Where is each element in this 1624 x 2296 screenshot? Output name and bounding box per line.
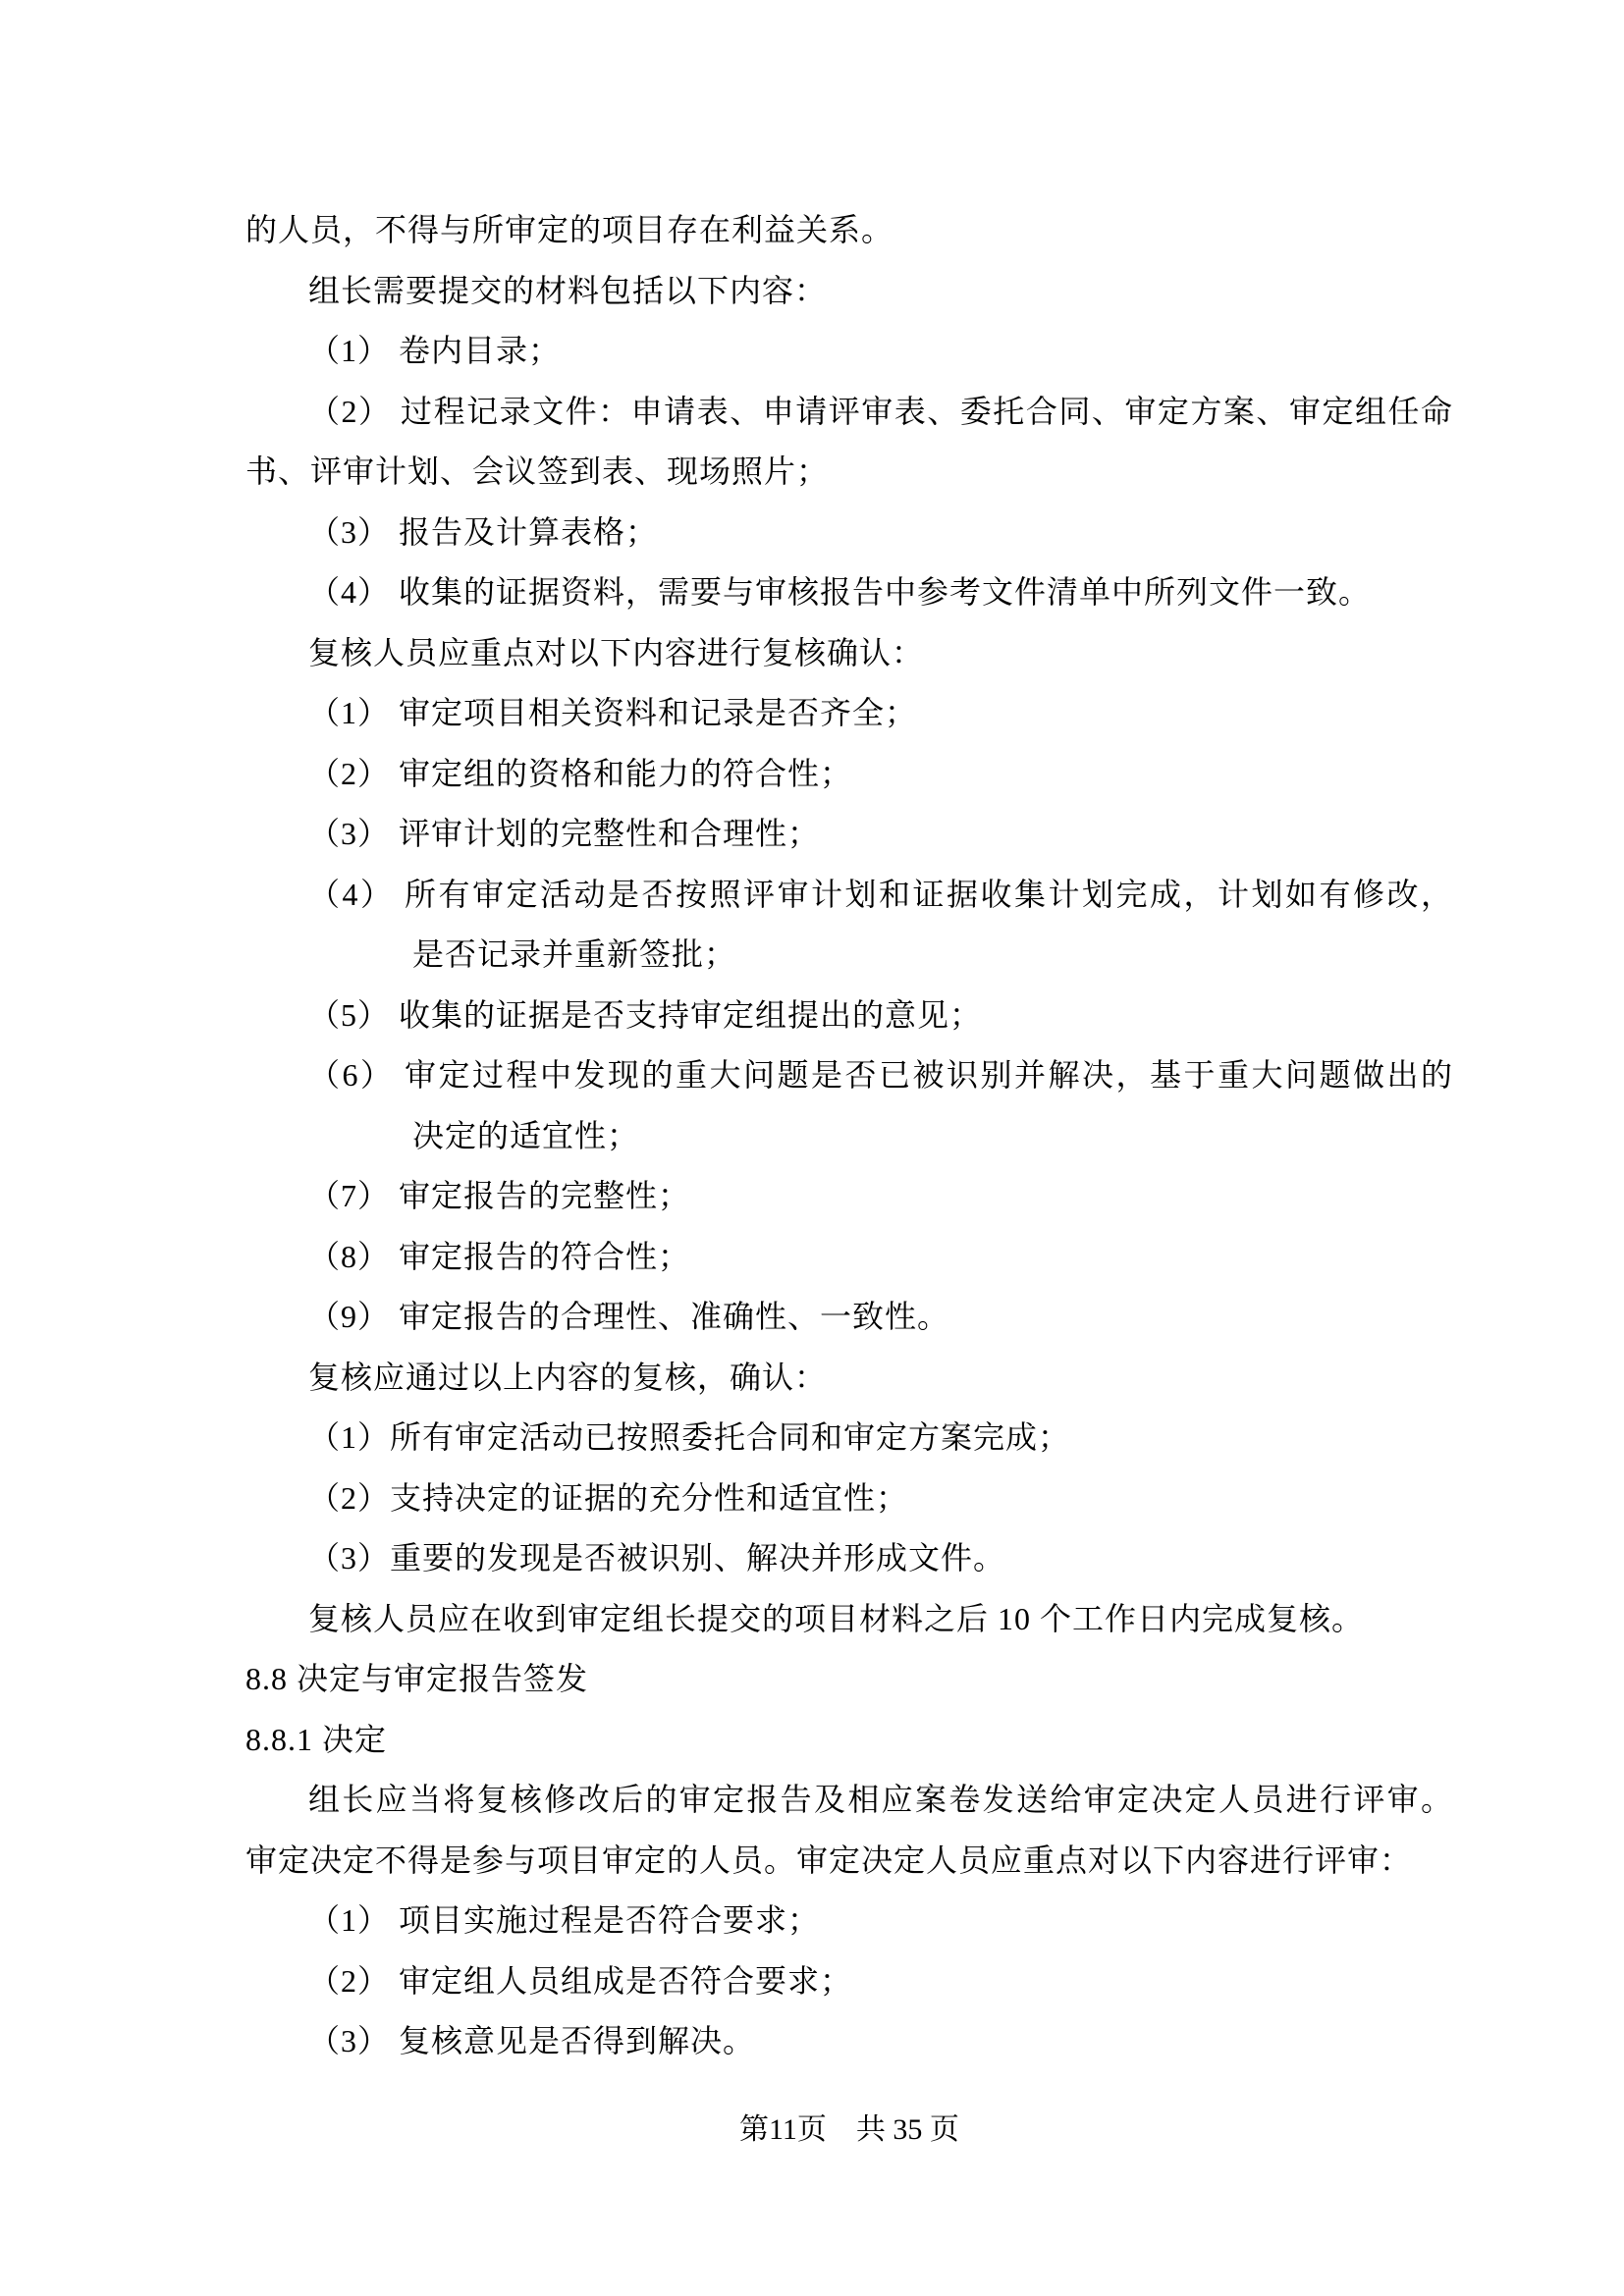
list-item-continuation-line: 是否记录并重新签批；	[245, 925, 1453, 986]
list-item: （2） 审定组人员组成是否符合要求；	[245, 1951, 1453, 2012]
list-item: （2）支持决定的证据的充分性和适宜性；	[245, 1468, 1453, 1529]
section-heading-8-8: 8.8 决定与审定报告签发	[245, 1649, 1453, 1710]
paragraph-continuation-line: 的人员，不得与所审定的项目存在利益关系。	[245, 200, 1453, 261]
section-heading-8-8-1: 8.8.1 决定	[245, 1710, 1453, 1771]
paragraph-line: 复核应通过以上内容的复核，确认：	[245, 1348, 1453, 1409]
list-item: （3）重要的发现是否被识别、解决并形成文件。	[245, 1528, 1453, 1589]
list-item: （4） 收集的证据资料，需要与审核报告中参考文件清单中所列文件一致。	[245, 562, 1453, 623]
page-footer: 第11页 共 35 页	[245, 2107, 1453, 2154]
list-item: （2） 过程记录文件：申请表、申请评审表、委托合同、审定方案、审定组任命	[245, 382, 1453, 443]
list-item: （6） 审定过程中发现的重大问题是否已被识别并解决，基于重大问题做出的	[245, 1045, 1453, 1106]
list-item: （1） 审定项目相关资料和记录是否齐全；	[245, 683, 1453, 744]
document-page: 的人员，不得与所审定的项目存在利益关系。 组长需要提交的材料包括以下内容： （1…	[0, 0, 1624, 2296]
paragraph-line: 复核人员应重点对以下内容进行复核确认：	[245, 623, 1453, 684]
list-item: （1） 项目实施过程是否符合要求；	[245, 1891, 1453, 1951]
list-item: （3） 报告及计算表格；	[245, 503, 1453, 563]
paragraph-line: 组长需要提交的材料包括以下内容：	[245, 261, 1453, 322]
list-item: （3） 评审计划的完整性和合理性；	[245, 804, 1453, 865]
list-item: （5） 收集的证据是否支持审定组提出的意见；	[245, 986, 1453, 1046]
list-item-continuation-line: 书、评审计划、会议签到表、现场照片；	[245, 442, 1453, 503]
paragraph-line: 复核人员应在收到审定组长提交的项目材料之后 10 个工作日内完成复核。	[245, 1589, 1453, 1650]
list-item: （1）所有审定活动已按照委托合同和审定方案完成；	[245, 1408, 1453, 1468]
list-item-continuation-line: 决定的适宜性；	[245, 1106, 1453, 1167]
list-item: （8） 审定报告的符合性；	[245, 1227, 1453, 1288]
document-body: 的人员，不得与所审定的项目存在利益关系。 组长需要提交的材料包括以下内容： （1…	[245, 200, 1453, 2072]
paragraph-line: 组长应当将复核修改后的审定报告及相应案卷发送给审定决定人员进行评审。	[245, 1770, 1453, 1831]
list-item: （4） 所有审定活动是否按照评审计划和证据收集计划完成，计划如有修改，	[245, 865, 1453, 926]
list-item: （1） 卷内目录；	[245, 321, 1453, 382]
list-item: （7） 审定报告的完整性；	[245, 1166, 1453, 1227]
list-item: （3） 复核意见是否得到解决。	[245, 2011, 1453, 2072]
list-item: （9） 审定报告的合理性、准确性、一致性。	[245, 1287, 1453, 1348]
list-item: （2） 审定组的资格和能力的符合性；	[245, 744, 1453, 805]
paragraph-continuation-line: 审定决定不得是参与项目审定的人员。审定决定人员应重点对以下内容进行评审：	[245, 1831, 1453, 1892]
